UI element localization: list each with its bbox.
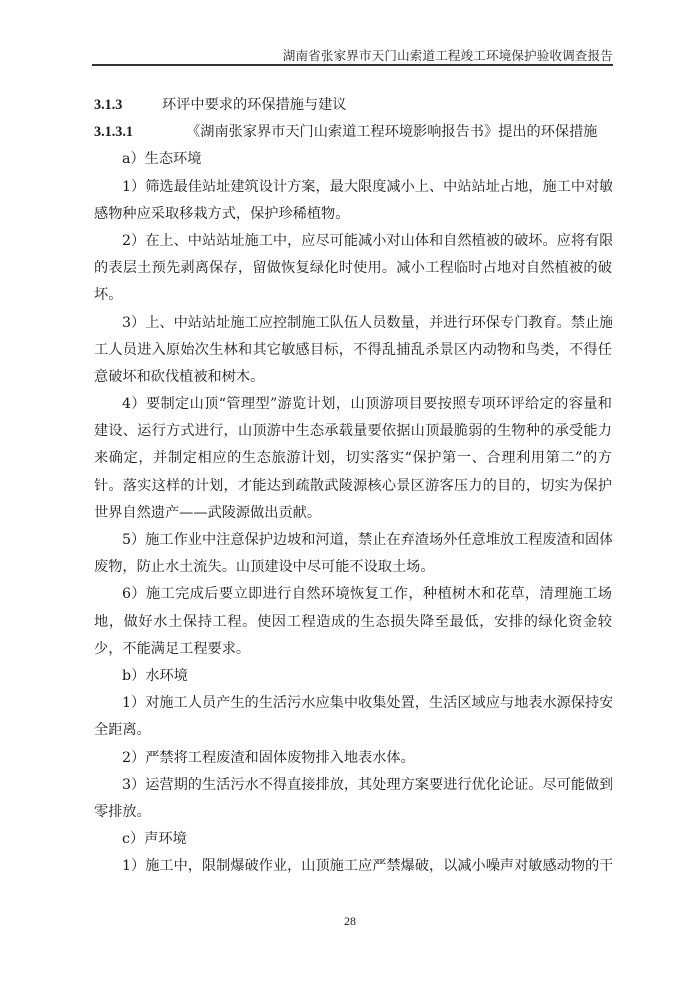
text-line: 废物，防止水土流失。山顶建设中尽可能不设取土场。 (94, 554, 612, 581)
text-line: 4）要制定山顶“管理型”游览计划，山顶游项目要按照专项环评给定的容量和 (94, 391, 612, 418)
text-line: 坏。 (94, 282, 612, 309)
text-line: c）声环境 (94, 826, 612, 853)
text-line: 世界自然遗产——武陵源做出贡献。 (94, 500, 612, 527)
text-line: 1）施工中，限制爆破作业，山顶施工应严禁爆破，以减小噪声对敏感动物的干 (94, 853, 612, 880)
text-line: 3）运营期的生活污水不得直接排放，其处理方案要进行优化论证。尽可能做到 (94, 772, 612, 799)
text-line: 意破坏和砍伐植被和树木。 (94, 364, 612, 391)
text-line: 1）对施工人员产生的生活污水应集中收集处置，生活区域应与地表水源保持安 (94, 690, 612, 717)
text-line: 全距离。 (94, 717, 612, 744)
text-line: 针。落实这样的计划，才能达到疏散武陵源核心景区游客压力的目的，切实为保护 (94, 473, 612, 500)
running-header: 湖南省张家界市天门山索道工程竣工环境保护验收调查报告 (92, 46, 613, 64)
text-line: 5）施工作业中注意保护边坡和河道，禁止在弃渣场外任意堆放工程废渣和固体 (94, 527, 612, 554)
text-line: 零排放。 (94, 799, 612, 826)
header-divider (92, 64, 613, 66)
text-line: 2）在上、中站站址施工中，应尽可能减小对山体和自然植被的破坏。应将有限 (94, 228, 612, 255)
text-line: b）水环境 (94, 663, 612, 690)
text-line: 1）筛选最佳站址建筑设计方案，最大限度减小上、中站站址占地，施工中对敏 (94, 174, 612, 201)
text-line: 地，做好水土保持工程。使因工程造成的生态损失降至最低，安排的绿化资金较 (94, 609, 612, 636)
subsection-title: 《湖南张家界市天门山索道工程环境影响报告书》提出的环保措施 (186, 124, 597, 140)
page-number: 28 (0, 914, 700, 929)
text-line: 少，不能满足工程要求。 (94, 636, 612, 663)
paragraph-lines: a）生态环境1）筛选最佳站址建筑设计方案，最大限度减小上、中站站址占地，施工中对… (94, 146, 612, 880)
section-title: 环评中要求的环保措施与建议 (162, 97, 346, 113)
text-line: 3）上、中站站址施工应控制施工队伍人员数量，并进行环保专门教育。禁止施 (94, 310, 612, 337)
text-line: 6）施工完成后要立即进行自然环境恢复工作，种植树木和花草，清理施工场 (94, 581, 612, 608)
text-line: 来确定，并制定相应的生态旅游计划，切实落实“保护第一、合理利用第二”的方 (94, 445, 612, 472)
text-line: 建设、运行方式进行，山顶游中生态承载量要依据山顶最脆弱的生物种的承受能力 (94, 418, 612, 445)
subsection-number: 3.1.3.1 (94, 119, 186, 146)
subsection-heading: 3.1.3.1《湖南张家界市天门山索道工程环境影响报告书》提出的环保措施 (94, 119, 612, 146)
text-line: 工人员进入原始次生林和其它敏感目标，不得乱捕乱杀景区内动物和鸟类，不得任 (94, 337, 612, 364)
section-heading: 3.1.3环评中要求的环保措施与建议 (94, 92, 612, 119)
document-body: 3.1.3环评中要求的环保措施与建议 3.1.3.1《湖南张家界市天门山索道工程… (94, 92, 612, 880)
text-line: 的表层土预先剥离保存，留做恢复绿化时使用。减小工程临时占地对自然植被的破 (94, 255, 612, 282)
text-line: a）生态环境 (94, 146, 612, 173)
section-number: 3.1.3 (94, 92, 162, 119)
text-line: 感物种应采取移栽方式，保护珍稀植物。 (94, 201, 612, 228)
text-line: 2）严禁将工程废渣和固体废物排入地表水体。 (94, 745, 612, 772)
